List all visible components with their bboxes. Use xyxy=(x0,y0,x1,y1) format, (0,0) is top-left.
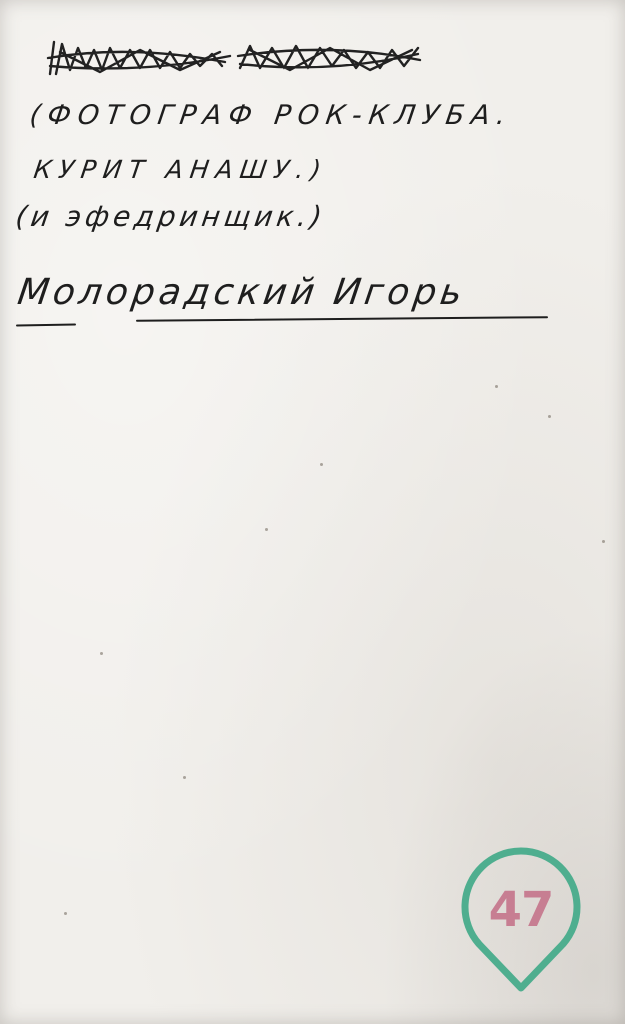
handwritten-name: Молорадский Игорь xyxy=(15,272,468,313)
paper-speck xyxy=(64,912,67,915)
paper-speck xyxy=(320,463,323,466)
handwritten-line-photographer: (ФОТОГРАФ РОК-КЛУБА. xyxy=(28,100,515,131)
photo-card-back: [зачёркнуто] (ФОТОГРАФ РОК-КЛУБА. КУРИТ … xyxy=(0,0,625,1024)
number-badge: 47 xyxy=(457,844,585,996)
paper-speck xyxy=(602,540,605,543)
struck-out-name: [зачёркнуто] xyxy=(40,38,425,78)
paper-speck xyxy=(265,528,268,531)
paper-speck xyxy=(100,652,103,655)
name-underline xyxy=(136,316,548,322)
paper-speck xyxy=(548,415,551,418)
handwritten-line-smokes: КУРИТ АНАШУ.) xyxy=(32,155,330,184)
badge-number: 47 xyxy=(457,882,585,938)
paper-speck xyxy=(183,776,186,779)
paper-speck xyxy=(495,385,498,388)
handwritten-line-ephedrine: (и эфедринщик.) xyxy=(14,200,328,233)
name-underline xyxy=(16,323,76,326)
